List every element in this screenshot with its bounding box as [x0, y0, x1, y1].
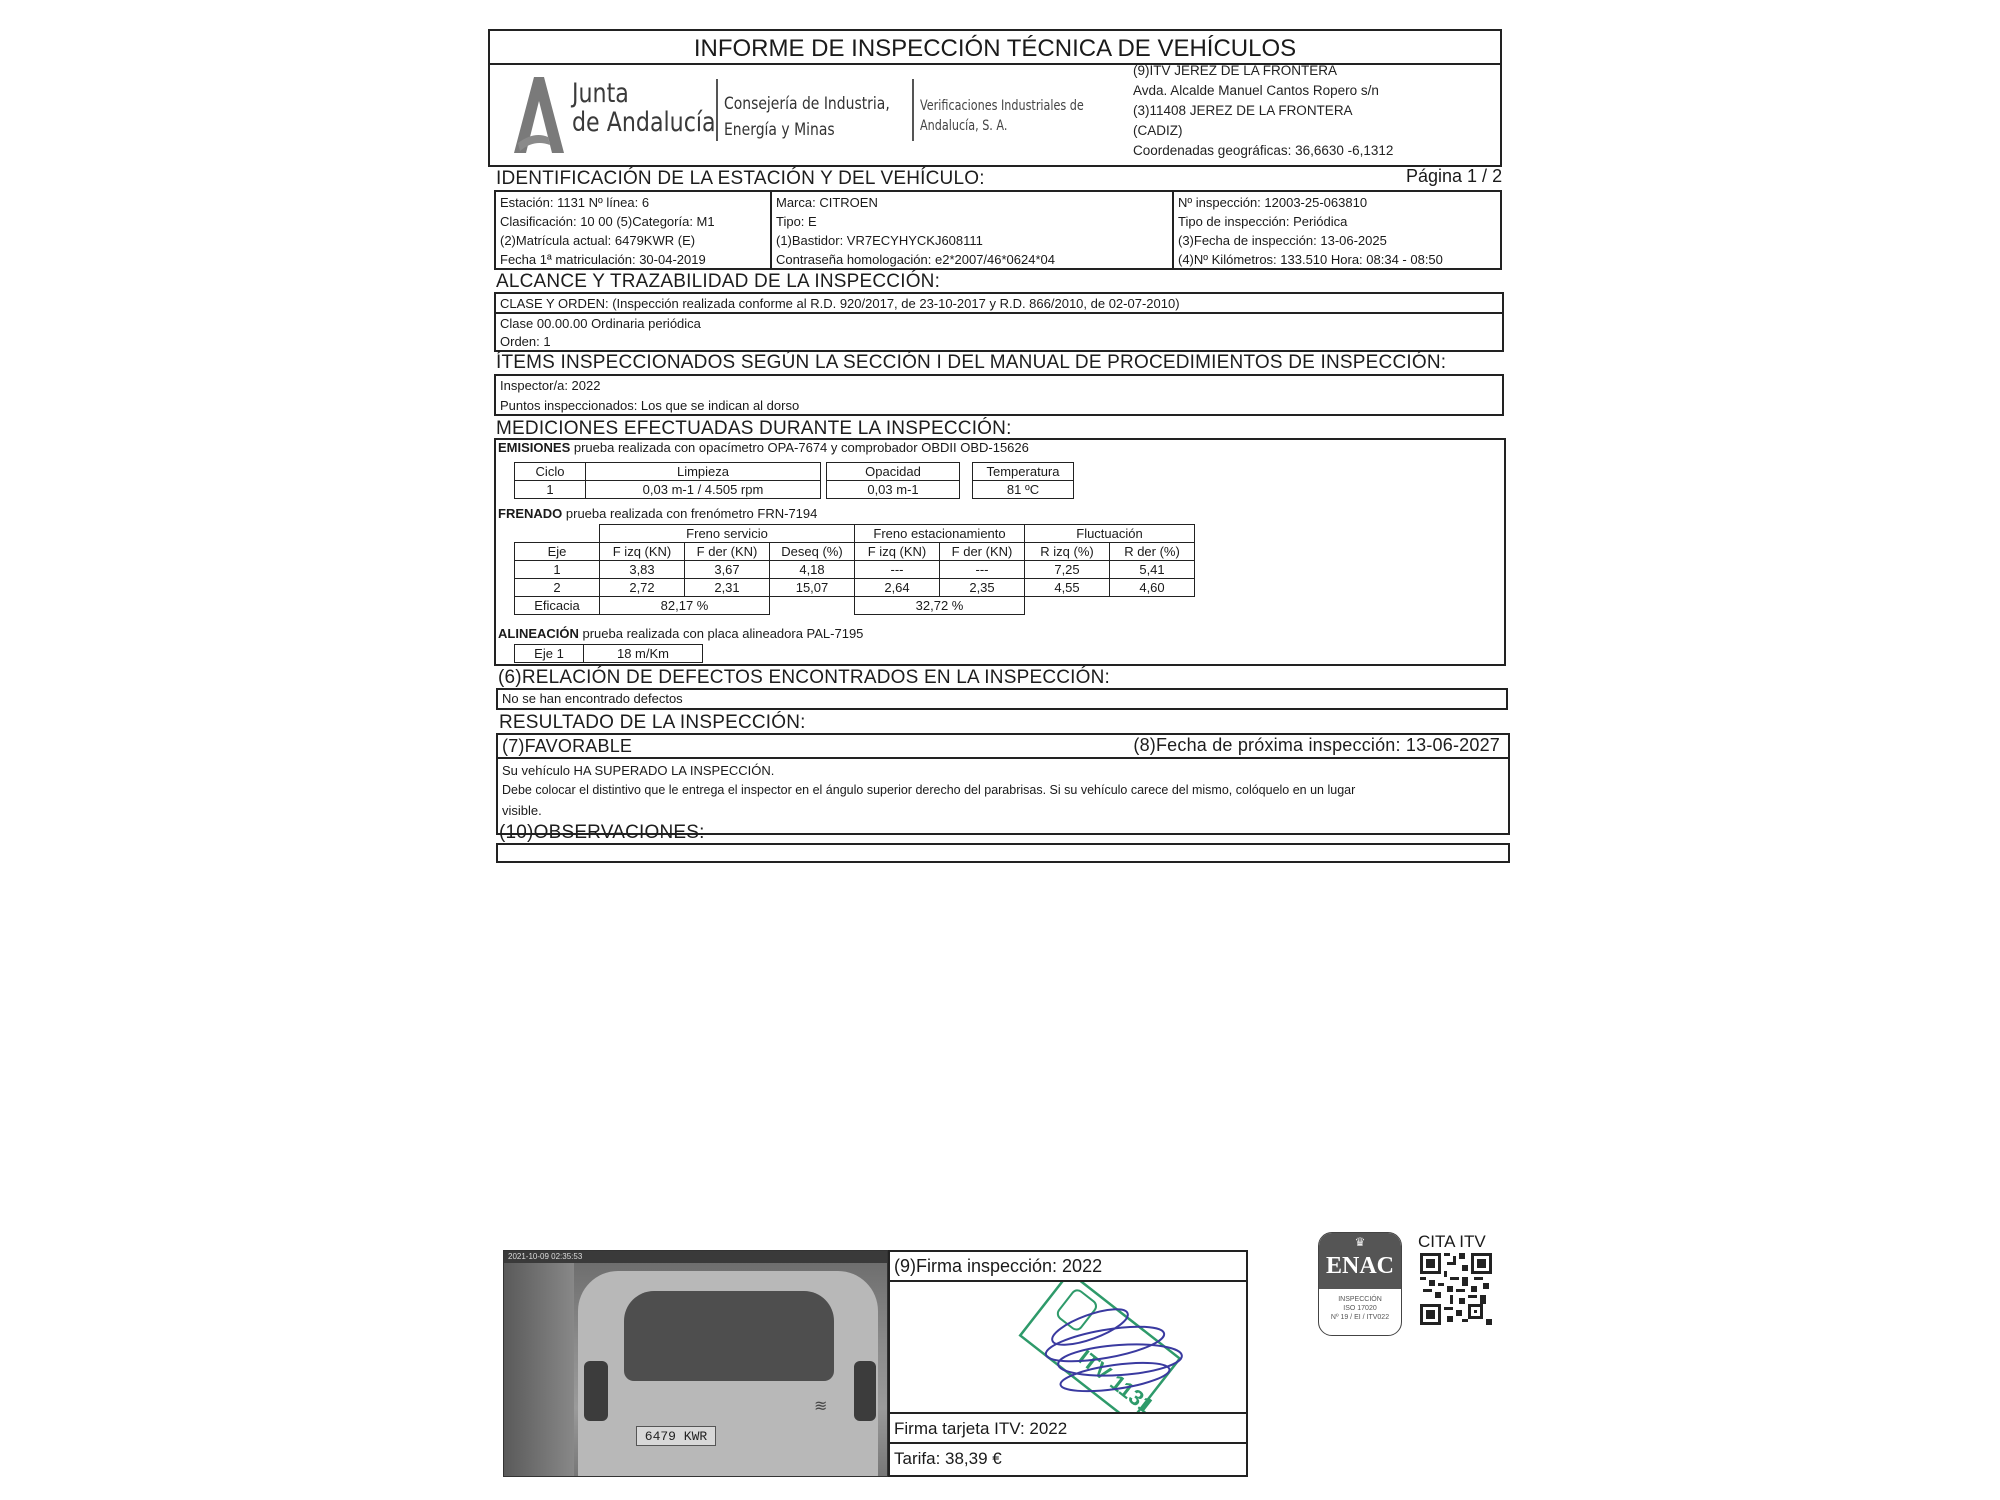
card-signature: Firma tarjeta ITV: 2022 — [890, 1412, 1246, 1444]
svg-text:ITV 1131: ITV 1131 — [1074, 1345, 1159, 1412]
defects-box: No se han encontrado defectos — [496, 688, 1508, 710]
citroen-logo-icon: ≋ — [814, 1396, 827, 1416]
emissions-limpieza-table: CicloLimpieza 10,03 m-1 / 4.505 rpm — [514, 462, 821, 499]
clase-orden: CLASE Y ORDEN: (Inspección realizada con… — [496, 294, 1502, 314]
observations-box — [496, 843, 1510, 863]
identification-box: Estación: 1131 Nº línea: 6 Clasificación… — [494, 190, 1502, 270]
vehicle-col: Marca: CITROEN Tipo: E (1)Bastidor: VR7E… — [772, 192, 1172, 268]
result-line1: Su vehículo HA SUPERADO LA INSPECCIÓN. — [502, 761, 774, 780]
result-verdict: (7)FAVORABLE — [502, 736, 632, 757]
points-inspected: Puntos inspeccionados: Los que se indica… — [500, 396, 799, 415]
photo-left-car — [504, 1263, 574, 1477]
stamp-icon: ITV 1131 — [890, 1282, 1246, 1412]
qr-code-icon[interactable] — [1420, 1253, 1492, 1325]
items-title: ÍTEMS INSPECCIONADOS SEGÚN LA SECCIÓN I … — [496, 352, 1446, 374]
result-header: (7)FAVORABLE (8)Fecha de próxima inspecc… — [498, 735, 1508, 759]
emissions-temperature-table: Temperatura 81 ºC — [972, 462, 1074, 499]
items-box: Inspector/a: 2022 Puntos inspeccionados:… — [494, 374, 1504, 416]
station-province: (CADIZ) — [1133, 121, 1393, 141]
station-vehicle-col: Estación: 1131 Nº línea: 6 Clasificación… — [496, 192, 772, 268]
station-info: (9)ITV JEREZ DE LA FRONTERA Avda. Alcald… — [1133, 61, 1393, 161]
result-box: (7)FAVORABLE (8)Fecha de próxima inspecc… — [496, 733, 1510, 835]
logo-divider — [716, 79, 718, 141]
header-box: Junta de Andalucía Consejería de Industr… — [488, 63, 1502, 167]
orden: Orden: 1 — [500, 332, 551, 351]
photo-timestamp: 2021-10-09 02:35:53 — [504, 1251, 887, 1263]
next-inspection-date: (8)Fecha de próxima inspección: 13-06-20… — [1133, 735, 1500, 756]
braking-header-row: Eje F izq (KN) F der (KN) Deseq (%) F iz… — [515, 543, 1195, 561]
identification-title: IDENTIFICACIÓN DE LA ESTACIÓN Y DEL VEHÍ… — [496, 168, 985, 190]
defects-title: (6)RELACIÓN DE DEFECTOS ENCONTRADOS EN L… — [498, 667, 1110, 689]
alignment-table: Eje 118 m/Km — [514, 644, 703, 663]
scope-title: ALCANCE Y TRAZABILIDAD DE LA INSPECCIÓN: — [496, 271, 940, 293]
inspector: Inspector/a: 2022 — [500, 376, 600, 395]
photo-license-plate: 6479 KWR — [636, 1426, 716, 1446]
ministry-divider — [912, 79, 914, 141]
alignment-caption: ALINEACIÓN prueba realizada con placa al… — [498, 624, 863, 643]
enac-name: ENAC — [1319, 1253, 1401, 1280]
signature-label: (9)Firma inspección: 2022 — [890, 1252, 1246, 1282]
station-name: (9)ITV JEREZ DE LA FRONTERA — [1133, 61, 1393, 81]
inspection-col: Nº inspección: 12003-25-063810 Tipo de i… — [1172, 192, 1500, 268]
company-name: Verificaciones Industriales de Andalucía… — [920, 96, 1084, 136]
junta-andalucia-logo-icon — [512, 77, 564, 153]
vehicle-photo: 2021-10-09 02:35:53 6479 KWR ≋ — [503, 1250, 888, 1477]
observations-title: (10)OBSERVACIONES: — [499, 822, 705, 844]
stamp-area: ITV 1131 — [890, 1282, 1246, 1412]
result-title: RESULTADO DE LA INSPECCIÓN: — [499, 712, 806, 734]
measurements-box: EMISIONES prueba realizada con opacímetr… — [494, 438, 1506, 666]
station-city: (3)11408 JEREZ DE LA FRONTERA — [1133, 101, 1393, 121]
braking-caption: FRENADO prueba realizada con frenómetro … — [498, 504, 817, 523]
photo-rear-window — [624, 1291, 834, 1381]
logo-text: Junta de Andalucía — [572, 79, 716, 137]
document-title: INFORME DE INSPECCIÓN TÉCNICA DE VEHÍCUL… — [488, 29, 1502, 65]
photo-tail-light — [584, 1361, 608, 1421]
station-coords: Coordenadas geográficas: 36,6630 -6,1312 — [1133, 141, 1393, 161]
efficiency-row: Eficacia 82,17 % 32,72 % — [515, 597, 1195, 615]
ministry-name: Consejería de Industria, Energía y Minas — [724, 91, 890, 143]
station-address: Avda. Alcalde Manuel Cantos Ropero s/n — [1133, 81, 1393, 101]
photo-tail-light — [854, 1361, 876, 1421]
clase: Clase 00.00.00 Ordinaria periódica — [500, 314, 701, 333]
emissions-opacity-table: Opacidad 0,03 m-1 — [826, 462, 960, 499]
signature-box: (9)Firma inspección: 2022 ITV 1131 Firma… — [888, 1250, 1248, 1477]
enac-accreditation: INSPECCIÓN ISO 17020 Nº 19 / EI / ITV022 — [1319, 1295, 1401, 1322]
result-line3: visible. — [502, 801, 542, 820]
enac-header: ♛ ENAC — [1319, 1233, 1401, 1289]
table-row: 2 2,72 2,31 15,07 2,64 2,35 4,55 4,60 — [515, 579, 1195, 597]
qr-label: CITA ITV — [1418, 1232, 1486, 1252]
page-number: Página 1 / 2 — [1406, 166, 1502, 187]
emissions-caption: EMISIONES prueba realizada con opacímetr… — [498, 438, 1029, 457]
braking-group-row: Freno servicio Freno estacionamiento Flu… — [515, 525, 1195, 543]
table-row: 1 3,83 3,67 4,18 --- --- 7,25 5,41 — [515, 561, 1195, 579]
fee: Tarifa: 38,39 € — [890, 1444, 1246, 1475]
braking-table: Freno servicio Freno estacionamiento Flu… — [514, 524, 1195, 615]
scope-box: CLASE Y ORDEN: (Inspección realizada con… — [494, 292, 1504, 352]
enac-badge: ♛ ENAC INSPECCIÓN ISO 17020 Nº 19 / EI /… — [1318, 1232, 1402, 1336]
measurements-title: MEDICIONES EFECTUADAS DURANTE LA INSPECC… — [496, 418, 1012, 440]
result-line2: Debe colocar el distintivo que le entreg… — [502, 781, 1355, 800]
crown-icon: ♛ — [1319, 1235, 1401, 1249]
